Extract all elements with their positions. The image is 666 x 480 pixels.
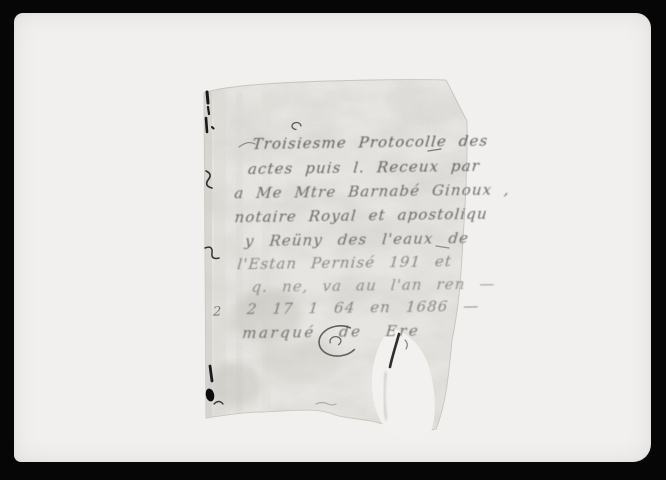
ink-mark	[210, 366, 212, 381]
ink-mark	[207, 92, 208, 103]
microfilm-frame: Troisiesme Protocolle des actes puis l. …	[0, 0, 666, 480]
paper-sheet	[195, 70, 485, 431]
ink-mark	[206, 118, 207, 132]
ink-mark	[208, 107, 209, 114]
ink-mark	[212, 127, 214, 129]
manuscript-page	[0, 0, 666, 480]
paper-texture	[195, 70, 485, 430]
